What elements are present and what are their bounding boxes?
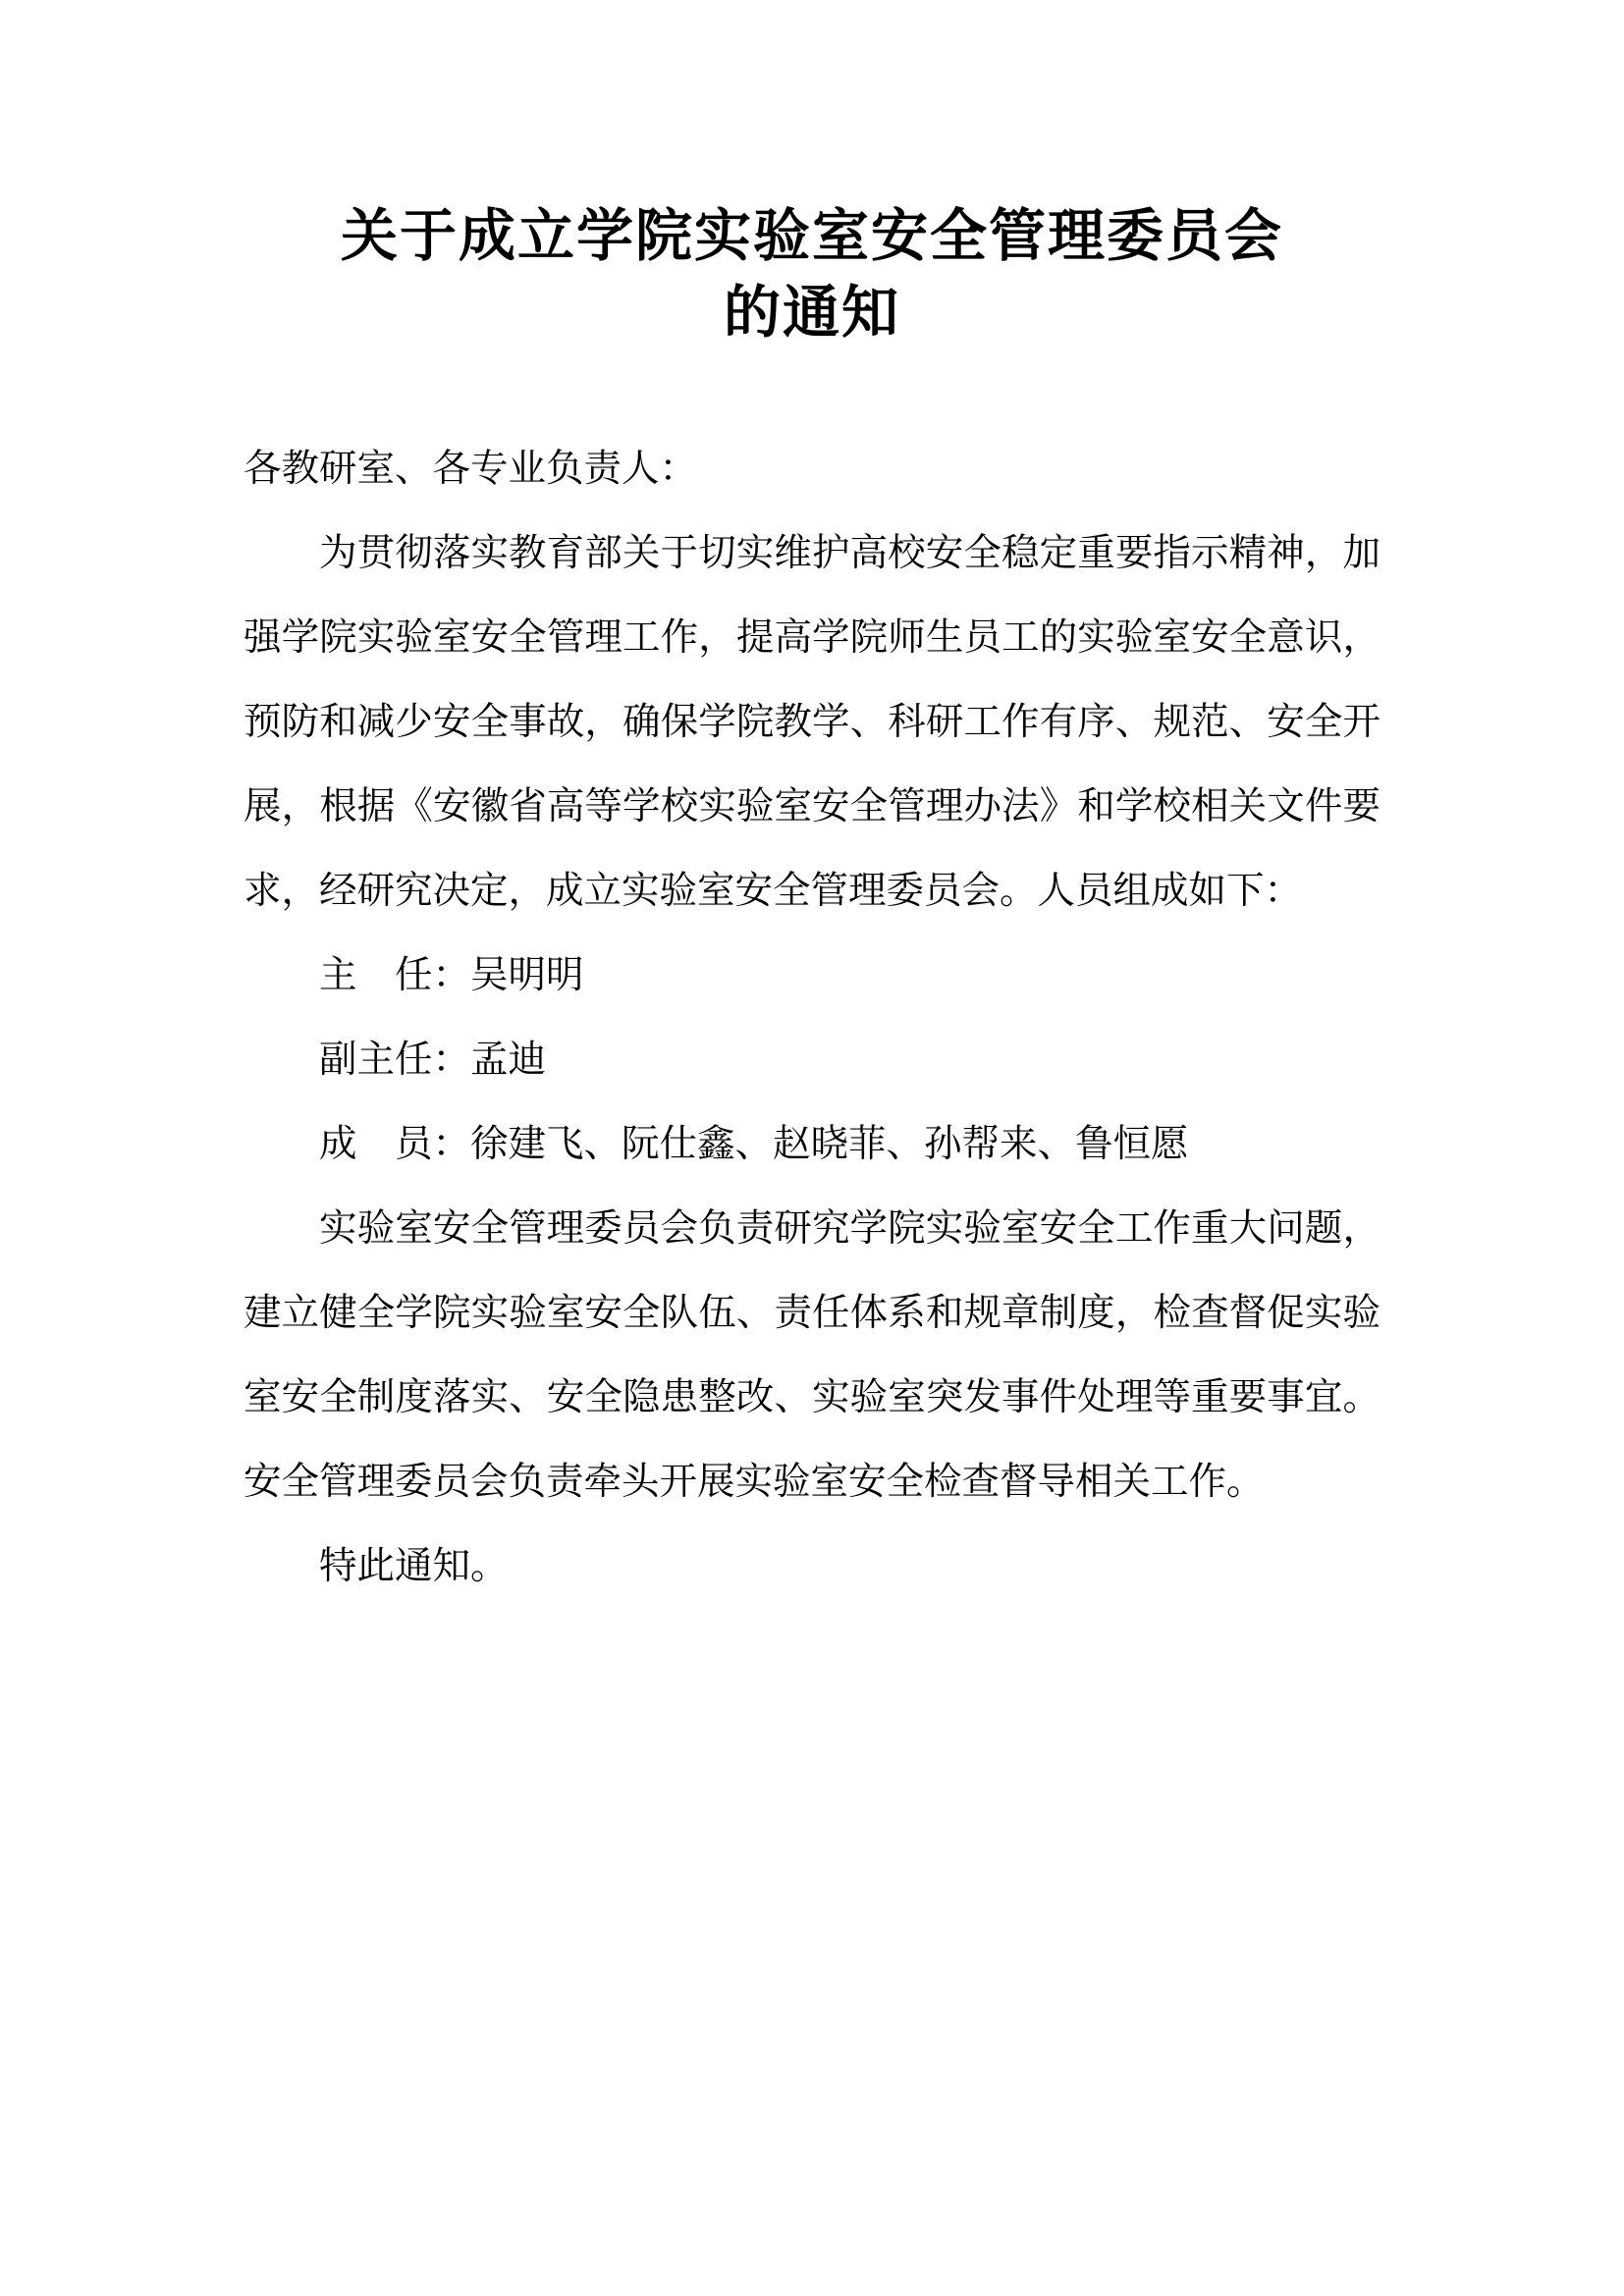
member-list: 主 任：吴明明 副主任：孟迪 成 员：徐建飞、阮仕鑫、赵晓菲、孙帮来、鲁恒愿 (244, 934, 1380, 1187)
salutation: 各教研室、各专业负责人： (244, 427, 1380, 511)
member-names: 孟迪 (470, 1040, 546, 1081)
notice-title: 关于成立学院实验室安全管理委员会 的通知 (0, 0, 1624, 351)
member-names: 徐建飞、阮仕鑫、赵晓菲、孙帮来、鲁恒愿 (470, 1124, 1189, 1165)
member-row-members: 成 员：徐建飞、阮仕鑫、赵晓菲、孙帮来、鲁恒愿 (244, 1102, 1380, 1187)
member-role: 主 任： (319, 955, 470, 996)
member-row-deputy-director: 副主任：孟迪 (244, 1018, 1380, 1102)
member-row-director: 主 任：吴明明 (244, 934, 1380, 1018)
notice-title-line-1: 关于成立学院实验室安全管理委员会 (0, 198, 1624, 275)
notice-body: 各教研室、各专业负责人： 为贯彻落实教育部关于切实维护高校安全稳定重要指示精神，… (244, 427, 1380, 1609)
member-role: 副主任： (319, 1040, 470, 1081)
notice-title-line-2: 的通知 (0, 275, 1624, 351)
member-names: 吴明明 (470, 955, 584, 996)
member-role: 成 员： (319, 1124, 470, 1165)
paragraph-responsibilities: 实验室安全管理委员会负责研究学院实验室安全工作重大问题，建立健全学院实验室安全队… (244, 1187, 1380, 1524)
closing-note: 特此通知。 (244, 1524, 1380, 1609)
document-page: 关于成立学院实验室安全管理委员会 的通知 各教研室、各专业负责人： 为贯彻落实教… (0, 0, 1624, 2296)
paragraph-establishment: 为贯彻落实教育部关于切实维护高校安全稳定重要指示精神，加强学院实验室安全管理工作… (244, 511, 1380, 934)
